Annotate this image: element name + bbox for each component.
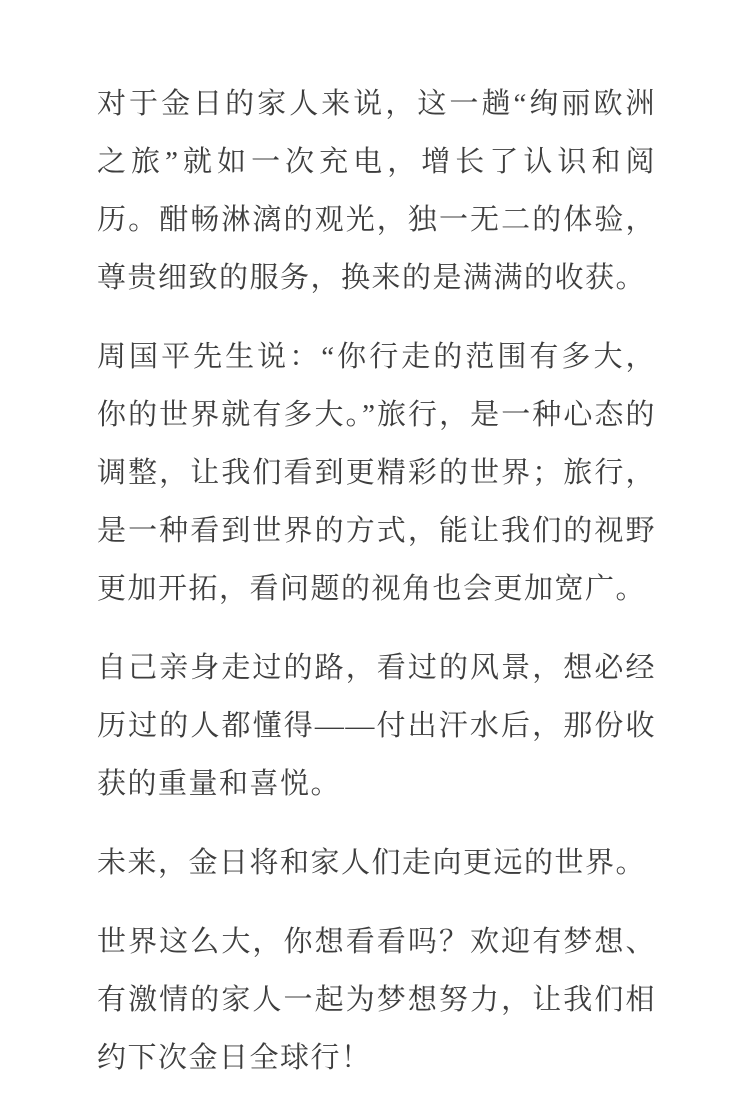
paragraph-personal-journey: 自己亲身走过的路，看过的风景，想必经历过的人都懂得——付出汗水后，那份收获的重量… bbox=[97, 639, 656, 813]
paragraph-zhouguoping-quote: 周国平先生说：“你行走的范围有多大，你的世界就有多大。”旅行，是一种心态的调整，… bbox=[97, 328, 656, 618]
article-body: 对于金日的家人来说，这一趟“绚丽欧洲之旅”就如一次充电，增长了认识和阅历。酣畅淋… bbox=[97, 75, 656, 1087]
paragraph-europe-trip-recharge: 对于金日的家人来说，这一趟“绚丽欧洲之旅”就如一次充电，增长了认识和阅历。酣畅淋… bbox=[97, 75, 656, 307]
paragraph-invitation-global-tour: 世界这么大，你想看看吗？欢迎有梦想、有激情的家人一起为梦想努力，让我们相约下次金… bbox=[97, 913, 656, 1087]
paragraph-future-outlook: 未来，金日将和家人们走向更远的世界。 bbox=[97, 834, 656, 892]
document-page: 对于金日的家人来说，这一趟“绚丽欧洲之旅”就如一次充电，增长了认识和阅历。酣畅淋… bbox=[0, 0, 750, 1118]
